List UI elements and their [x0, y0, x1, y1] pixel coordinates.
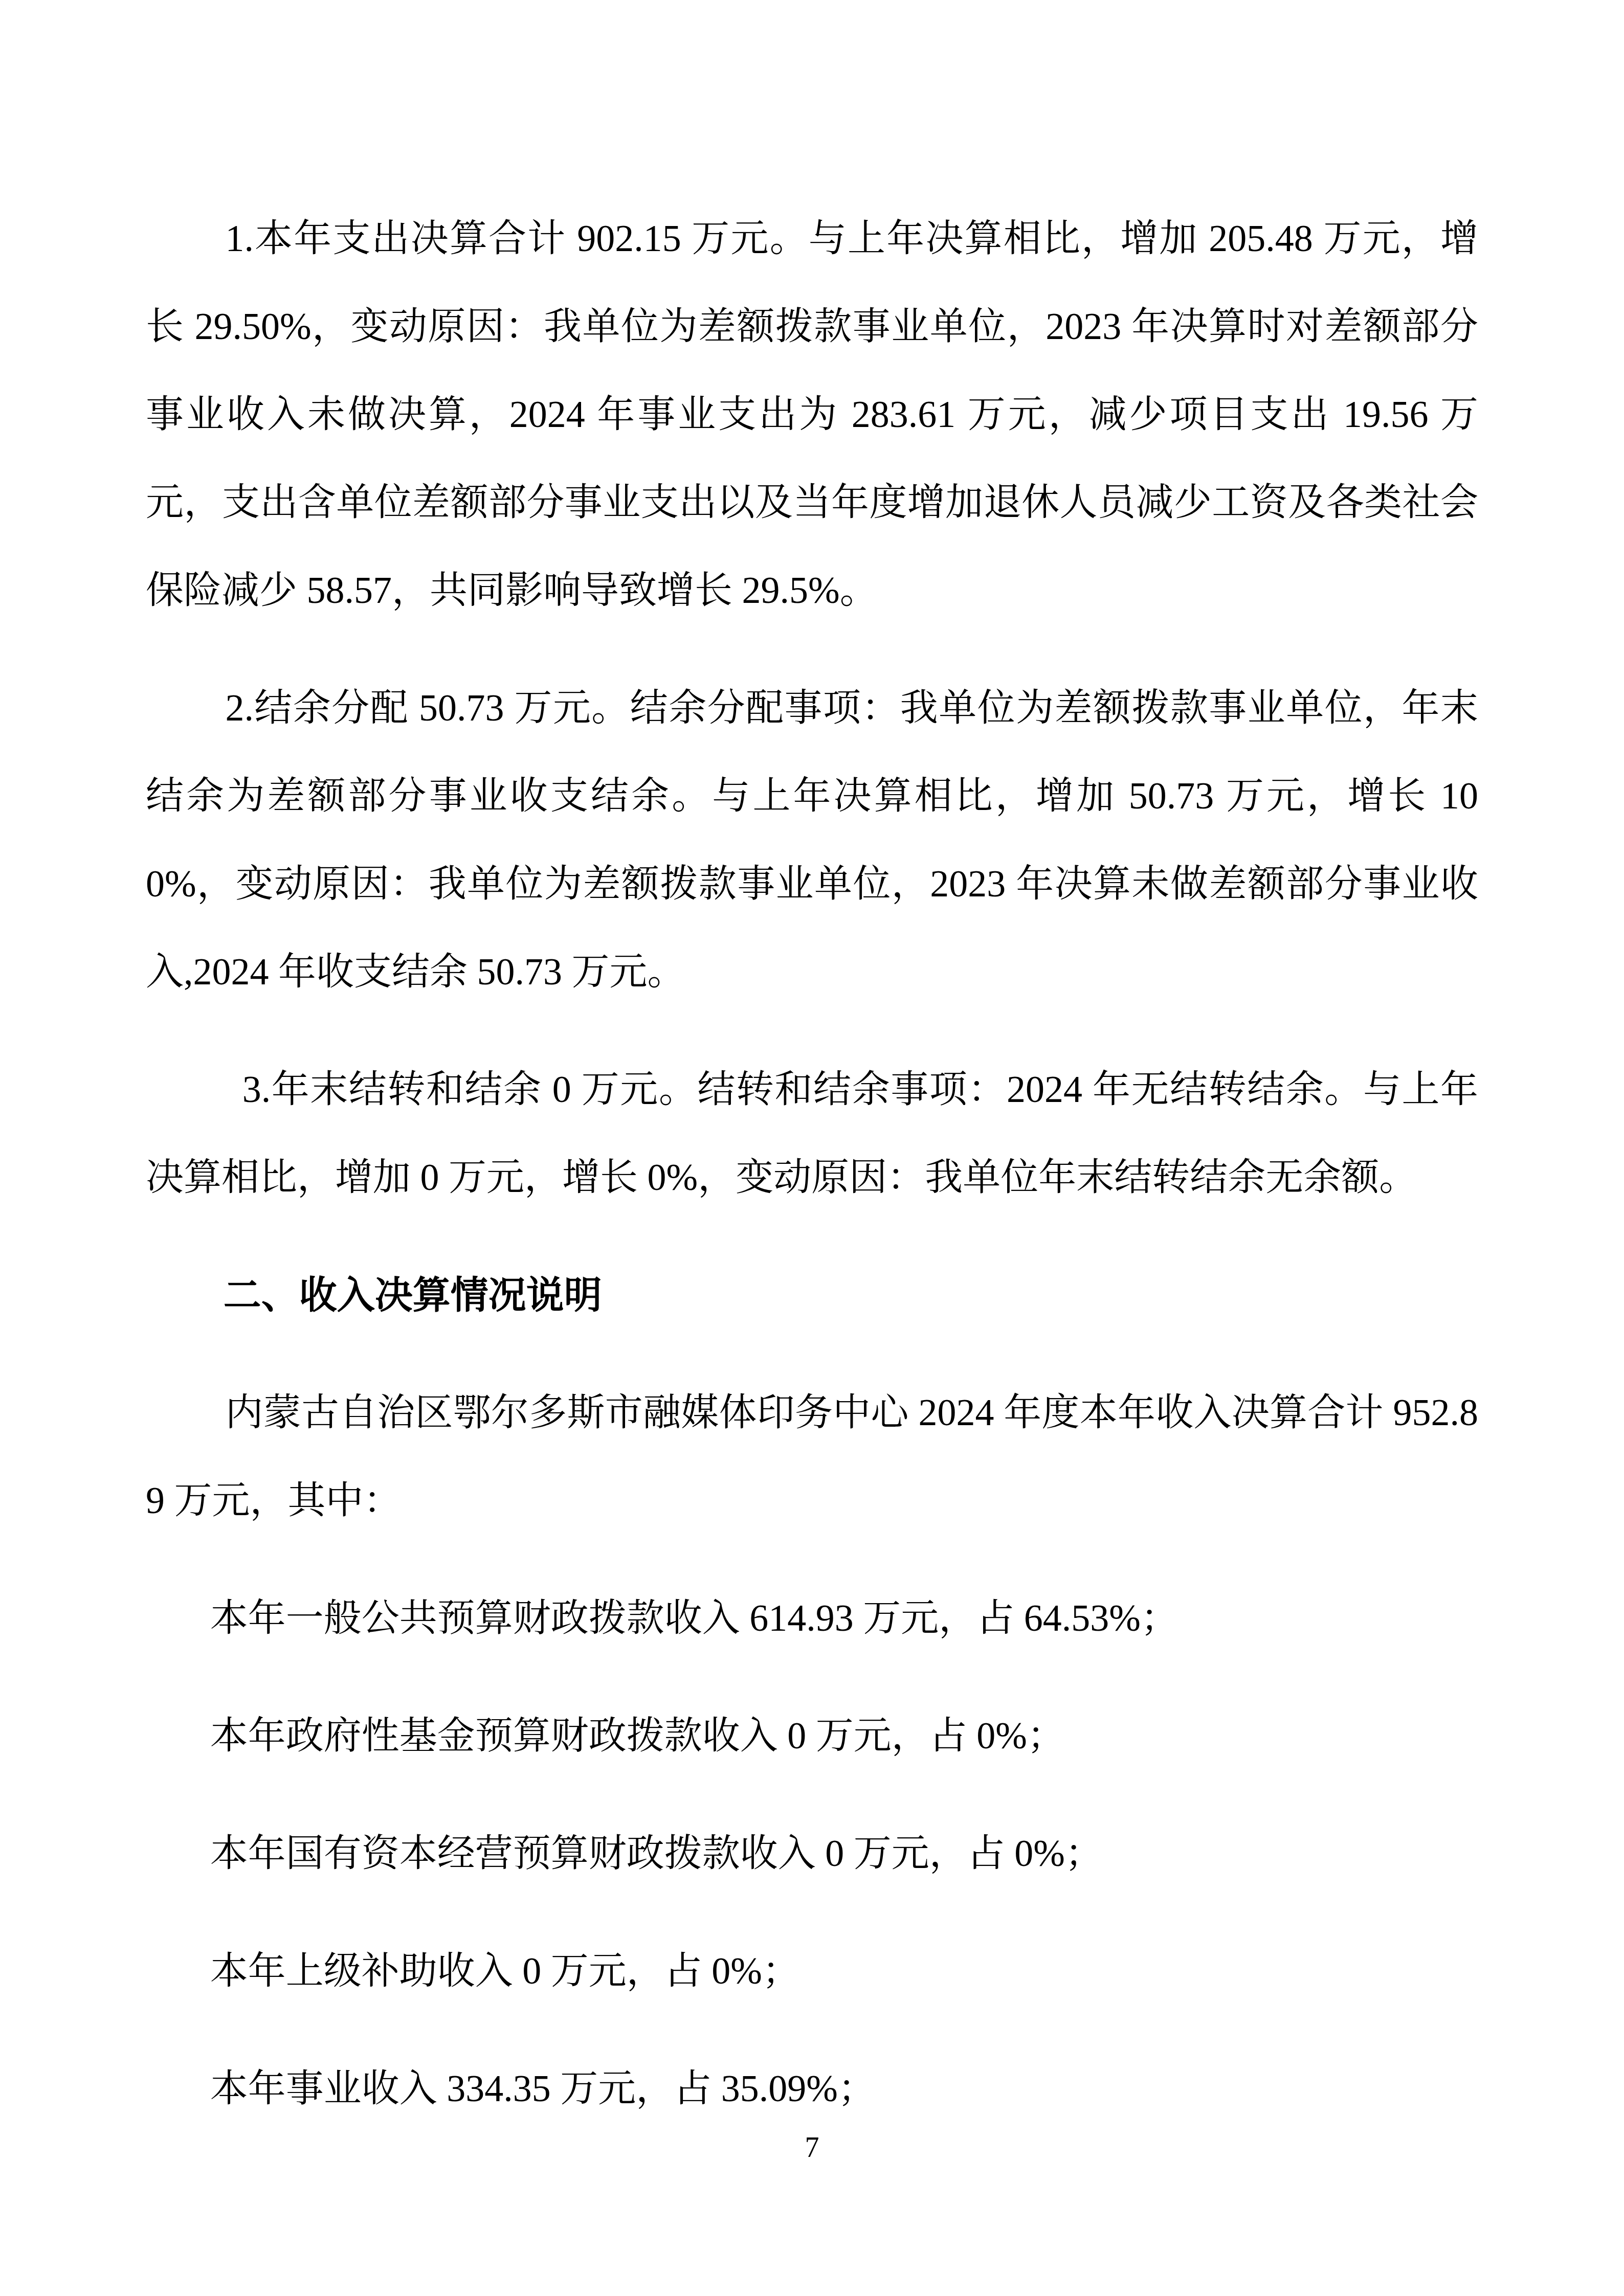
document-body: 1.本年支出决算合计 902.15 万元。与上年决算相比，增加 205.48 万… — [146, 195, 1478, 2133]
list-item-government-fund-income: 本年政府性基金预算财政拨款收入 0 万元，占 0%； — [146, 1692, 1478, 1780]
document-page: 1.本年支出决算合计 902.15 万元。与上年决算相比，增加 205.48 万… — [0, 0, 1624, 2296]
list-item-general-public-budget-income: 本年一般公共预算财政拨款收入 614.93 万元，占 64.53%； — [146, 1574, 1478, 1662]
list-item-superior-subsidy-income: 本年上级补助收入 0 万元，占 0%； — [146, 1927, 1478, 2015]
paragraph-3-yearend-carryover: 3.年末结转和结余 0 万元。结转和结余事项：2024 年无结转结余。与上年决算… — [146, 1046, 1478, 1222]
list-item-state-capital-income: 本年国有资本经营预算财政拨款收入 0 万元，占 0%； — [146, 1810, 1478, 1898]
paragraph-2-surplus-distribution: 2.结余分配 50.73 万元。结余分配事项：我单位为差额拨款事业单位，年末结余… — [146, 664, 1478, 1016]
paragraph-1-expenditure-summary: 1.本年支出决算合计 902.15 万元。与上年决算相比，增加 205.48 万… — [146, 195, 1478, 635]
heading-income-statement: 二、收入决算情况说明 — [146, 1251, 1478, 1339]
list-item-institutional-income: 本年事业收入 334.35 万元，占 35.09%； — [146, 2045, 1478, 2133]
paragraph-income-total: 内蒙古自治区鄂尔多斯市融媒体印务中心 2024 年度本年收入决算合计 952.8… — [146, 1369, 1478, 1545]
page-number: 7 — [0, 2131, 1624, 2164]
